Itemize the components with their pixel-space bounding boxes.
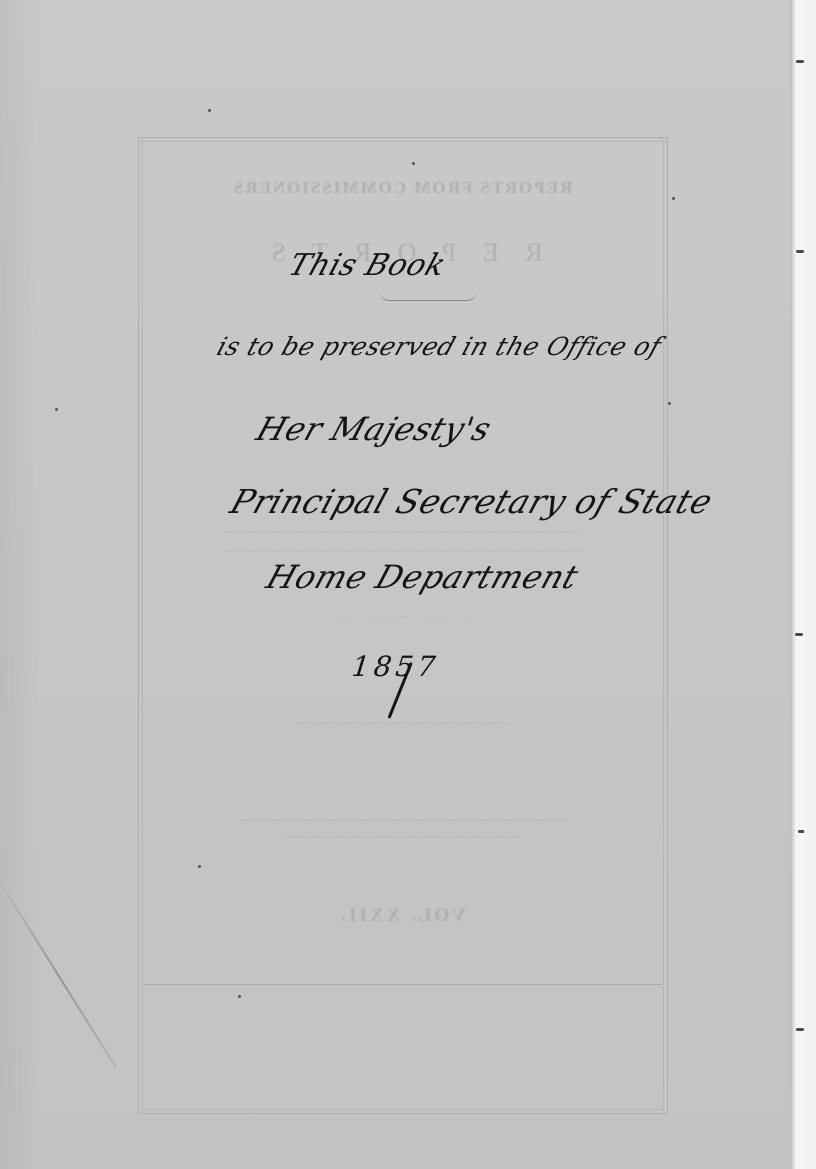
flourish-underline [380, 292, 476, 301]
paper-speck [668, 402, 671, 405]
bleed-through-line: —————————————————— [0, 717, 804, 729]
document-page: REPORTS FROM COMMISSIONERS R E P O R T S… [0, 0, 804, 1169]
paper-speck [238, 995, 241, 998]
frame-divider [142, 984, 662, 985]
edge-tear [795, 633, 803, 636]
bleed-through-volume: VOL. XXII. [0, 905, 804, 927]
inscription-home-department: Home Department [262, 558, 584, 596]
paper-speck [198, 865, 201, 868]
bleed-through-line: —————————————————————————————— [0, 545, 804, 557]
bleed-through-line: —————————————————————————————— [0, 526, 804, 538]
paper-speck [672, 197, 675, 200]
inscription-preserved-line: is to be preserved in the Office of [213, 332, 665, 361]
paper-speck [55, 408, 58, 411]
bleed-through-line: —————————————————————— [0, 832, 804, 843]
page-margin-edge [790, 0, 804, 1169]
ruled-frame [138, 137, 668, 1114]
inscription-principal-secretary: Principal Secretary of State [226, 482, 718, 521]
bleed-through-line: —————————————————————————————— [0, 815, 804, 826]
inscription-year: 1857 [350, 650, 441, 683]
inscription-this-book: This Book [284, 248, 450, 283]
edge-tear [796, 60, 804, 63]
bleed-through-heading: REPORTS FROM COMMISSIONERS [0, 178, 804, 198]
paper-speck [208, 109, 211, 112]
bleed-through-line: · · · · · · · · · · · [0, 795, 804, 807]
edge-tear [798, 830, 804, 833]
bleed-through-line: · · · · · · — · · · · · · [0, 612, 804, 623]
inscription-her-majesty: Her Majesty's [252, 410, 496, 448]
bleed-through-footer: · · · [0, 1115, 804, 1127]
bleed-through-line: · · · · · · · · · · [0, 375, 804, 390]
bleed-through-line: · · · · · · [0, 753, 804, 765]
edge-tear [796, 250, 804, 253]
edge-tear [796, 1028, 804, 1031]
paper-speck [412, 162, 415, 165]
